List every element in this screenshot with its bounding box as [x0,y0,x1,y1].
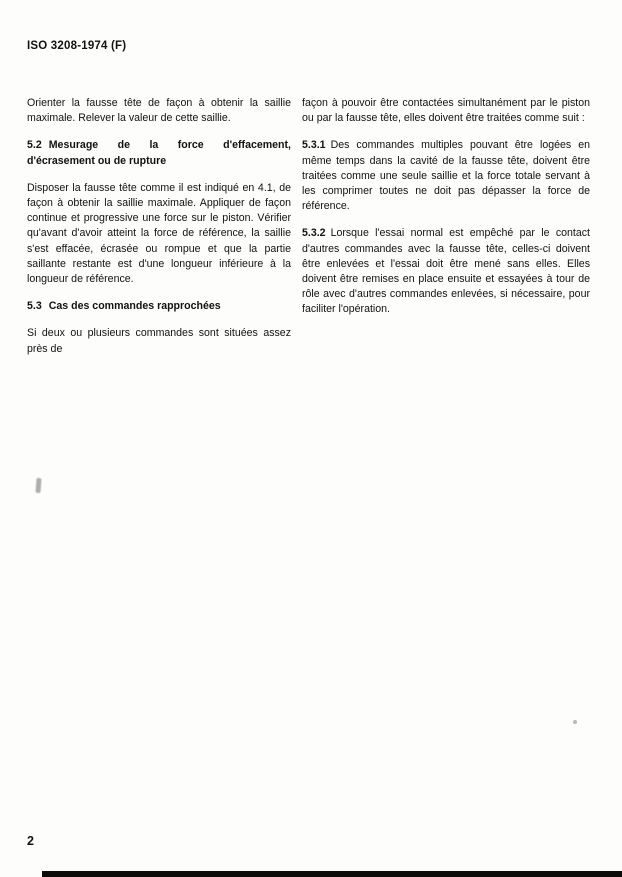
section-title: Cas des commandes rapprochées [49,300,221,312]
section-number: 5.2 [27,139,42,151]
paragraph-orient-fausse-tete: Orienter la fausse tête de façon à obten… [27,96,291,126]
paragraph-5-3-1: 5.3.1Des commandes multiples pouvant êtr… [302,138,590,214]
paragraph-5-3-2: 5.3.2Lorsque l'essai normal est empêché … [302,226,590,317]
right-column: façon à pouvoir être contactées simultan… [302,96,590,369]
section-number: 5.3.1 [302,139,326,151]
ink-speck [573,720,577,724]
section-number: 5.3 [27,300,42,312]
section-body-text: Des commandes multiples pouvant être log… [302,139,590,212]
two-column-body: Orienter la fausse tête de façon à obten… [27,96,590,369]
paragraph-continuation-contactees: façon à pouvoir être contactées simultan… [302,96,590,126]
section-number: 5.3.2 [302,227,326,239]
section-heading-5-2: 5.2Mesurage de la force d'effacement, d'… [27,138,291,168]
paragraph-si-deux-commandes: Si deux ou plusieurs commandes sont situ… [27,326,291,356]
document-reference-header: ISO 3208-1974 (F) [27,40,126,52]
paragraph-disposer-fausse-tete: Disposer la fausse tête comme il est ind… [27,181,291,287]
page-number: 2 [27,834,34,848]
section-body-text: Lorsque l'essai normal est empêché par l… [302,227,590,315]
left-column: Orienter la fausse tête de façon à obten… [27,96,291,369]
scanned-document-page: { "doc": { "header": "ISO 3208-1974 (F)"… [0,0,622,877]
scan-edge-shadow-bar [42,871,622,877]
section-title: Mesurage de la force d'effacement, d'écr… [27,139,291,166]
ink-speck [35,478,41,493]
section-heading-5-3: 5.3Cas des commandes rapprochées [27,299,291,314]
